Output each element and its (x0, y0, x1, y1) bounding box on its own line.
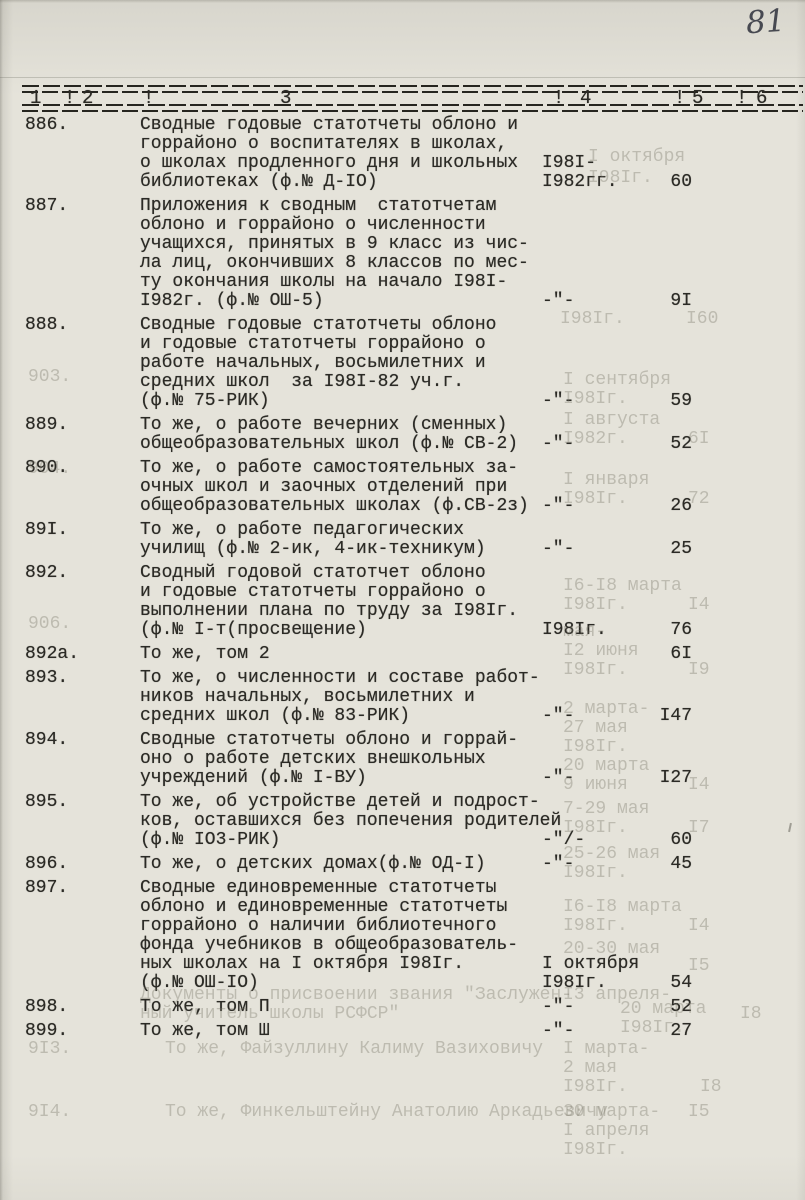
count-cell: 9I (656, 292, 692, 311)
entry-number: 890. (0, 459, 140, 516)
date-cell (538, 898, 656, 917)
entry-line: о школах продленного дня и школьныхI98I- (140, 154, 692, 173)
description-cell: То же, об устройстве детей и подрост- (140, 793, 538, 812)
count-cell (656, 669, 692, 688)
entry-line: очных школ и заочных отделений при (140, 478, 692, 497)
count-cell: I47 (656, 707, 692, 726)
entry-body: Сводные статотчеты облоно и горрай-оно о… (140, 731, 692, 788)
entry-line: Сводные статотчеты облоно и горрай- (140, 731, 692, 750)
entry-line: библиотеках (ф.№ Д-IO)I982гг.60 (140, 173, 692, 192)
bleedthrough-text: I5 (688, 1103, 710, 1122)
entry-body: То же, об устройстве детей и подрост-ков… (140, 793, 692, 850)
entry-line: оно о работе детских внешкольных (140, 750, 692, 769)
date-cell (538, 416, 656, 435)
table-row: 890.То же, о работе самостоятельных за-о… (0, 459, 805, 516)
count-cell (656, 879, 692, 898)
entry-number: 899. (0, 1022, 140, 1041)
entry-body: То же, том 26I (140, 645, 692, 664)
count-cell (656, 216, 692, 235)
description-cell: Приложения к сводным статотчетам (140, 197, 538, 216)
bleedthrough-text: 9I4. (28, 1103, 71, 1122)
entry-line: То же, о работе самостоятельных за- (140, 459, 692, 478)
date-cell: -"- (538, 769, 656, 788)
entry-line: учащихся, принятых в 9 класс из чис- (140, 235, 692, 254)
entry-number: 888. (0, 316, 140, 411)
bleedthrough-text: I98Iг. (563, 1078, 628, 1097)
entry-number: 895. (0, 793, 140, 850)
description-cell: работе начальных, восьмилетних и (140, 354, 538, 373)
count-cell: 76 (656, 621, 692, 640)
description-cell: Сводные единовременные статотчеты (140, 879, 538, 898)
table-header-top-double-line (22, 85, 803, 93)
entry-body: Сводные годовые статотчеты облоно игорра… (140, 116, 692, 192)
faint-horizontal-rule (0, 77, 805, 78)
entry-line: горрайоно о наличии библиотечного (140, 917, 692, 936)
description-cell: Сводный годовой статотчет облоно (140, 564, 538, 583)
table-row: 888.Сводные годовые статотчеты облонои г… (0, 316, 805, 411)
entry-line: Приложения к сводным статотчетам (140, 197, 692, 216)
entry-number: 894. (0, 731, 140, 788)
entry-line: ных школах на I октября I98Iг.I октября (140, 955, 692, 974)
entry-line: (ф.№ ОШ-IO)I98Iг.54 (140, 974, 692, 993)
entry-line: Сводные годовые статотчеты облоно и (140, 116, 692, 135)
table-row: 892.Сводный годовой статотчет облонои го… (0, 564, 805, 640)
table-row: 897.Сводные единовременные статотчетыобл… (0, 879, 805, 993)
date-cell: I октября (538, 955, 656, 974)
entry-line: ту окончания школы на начало I98I- (140, 273, 692, 292)
scanned-archive-inventory-page: 81 1!2!3!4!5!6 886.Сводные годовые стато… (0, 0, 805, 1200)
entry-line: То же, о работе вечерних (сменных) (140, 416, 692, 435)
bleedthrough-text: I8 (700, 1078, 722, 1097)
count-cell: 45 (656, 855, 692, 874)
entry-line: Сводный годовой статотчет облоно (140, 564, 692, 583)
bleedthrough-text: 30 марта- (563, 1103, 660, 1122)
count-cell (656, 688, 692, 707)
date-cell: -"- (538, 497, 656, 516)
entry-line: фонда учебников в общеобразователь- (140, 936, 692, 955)
count-cell (656, 898, 692, 917)
count-cell (656, 354, 692, 373)
date-cell: -"- (538, 292, 656, 311)
table-row: 89I.То же, о работе педагогическихучилищ… (0, 521, 805, 559)
entry-line: (ф.№ 75-РИК)-"-59 (140, 392, 692, 411)
date-cell (538, 354, 656, 373)
description-cell: То же, о численности и составе работ- (140, 669, 538, 688)
count-cell: 60 (656, 173, 692, 192)
entry-body: То же, о детских домах(ф.№ ОД-I)-"-45 (140, 855, 692, 874)
count-cell (656, 564, 692, 583)
date-cell: -"- (538, 435, 656, 454)
count-cell (656, 521, 692, 540)
count-cell: 52 (656, 435, 692, 454)
entry-line: ников начальных, восьмилетних и (140, 688, 692, 707)
count-cell (656, 235, 692, 254)
count-cell (656, 793, 692, 812)
date-cell (538, 254, 656, 273)
count-cell: 25 (656, 540, 692, 559)
entry-line: работе начальных, восьмилетних и (140, 354, 692, 373)
entry-number: 896. (0, 855, 140, 874)
description-cell: То же, том 2 (140, 645, 538, 664)
table-row: 899.То же, том Ш-"-27 (0, 1022, 805, 1041)
count-cell (656, 750, 692, 769)
entry-line: общеобразовательных школах (ф.СВ-2з)-"-2… (140, 497, 692, 516)
count-cell (656, 478, 692, 497)
count-cell (656, 731, 692, 750)
date-cell: -"- (538, 707, 656, 726)
entry-line: (ф.№ I-т(просвещение)I98Iг.76 (140, 621, 692, 640)
count-cell (656, 135, 692, 154)
description-cell: общеобразовательных школ (ф.№ СВ-2) (140, 435, 538, 454)
count-cell (656, 316, 692, 335)
description-cell: То же, том П (140, 998, 538, 1017)
table-header-bottom-double-line (22, 104, 803, 112)
description-cell: То же, о детских домах(ф.№ ОД-I) (140, 855, 538, 874)
description-cell: (ф.№ I-т(просвещение) (140, 621, 538, 640)
description-cell: и годовые статотчеты горрайоно о (140, 583, 538, 602)
date-cell (538, 235, 656, 254)
date-cell: -"/- (538, 831, 656, 850)
date-cell: -"- (538, 998, 656, 1017)
table-row: 893.То же, о численности и составе работ… (0, 669, 805, 726)
entry-number: 892а. (0, 645, 140, 664)
entry-line: То же, о численности и составе работ- (140, 669, 692, 688)
count-cell (656, 602, 692, 621)
entry-line: горрайоно о воспитателях в школах, (140, 135, 692, 154)
date-cell (538, 116, 656, 135)
description-cell: училищ (ф.№ 2-ик, 4-ик-техникум) (140, 540, 538, 559)
entry-line: средних школ за I98I-82 уч.г. (140, 373, 692, 392)
count-cell (656, 917, 692, 936)
date-cell (538, 478, 656, 497)
entry-line: и годовые статотчеты горрайоно о (140, 335, 692, 354)
table-row: 896.То же, о детских домах(ф.№ ОД-I)-"-4… (0, 855, 805, 874)
date-cell (538, 731, 656, 750)
date-cell: -"- (538, 855, 656, 874)
description-cell: горрайоно о воспитателях в школах, (140, 135, 538, 154)
entry-body: Сводные единовременные статотчетыоблоно … (140, 879, 692, 993)
table-row: 886.Сводные годовые статотчеты облоно иг… (0, 116, 805, 192)
description-cell: очных школ и заочных отделений при (140, 478, 538, 497)
bleedthrough-text: I апреля (563, 1122, 649, 1141)
description-cell: горрайоно о наличии библиотечного (140, 917, 538, 936)
count-cell: 6I (656, 645, 692, 664)
entry-number: 889. (0, 416, 140, 454)
entries: 886.Сводные годовые статотчеты облоно иг… (0, 116, 805, 1046)
description-cell: То же, о работе вечерних (сменных) (140, 416, 538, 435)
description-cell: (ф.№ 75-РИК) (140, 392, 538, 411)
description-cell: учащихся, принятых в 9 класс из чис- (140, 235, 538, 254)
description-cell: То же, том Ш (140, 1022, 538, 1041)
description-cell: и годовые статотчеты горрайоно о (140, 335, 538, 354)
date-cell (538, 583, 656, 602)
date-cell (538, 750, 656, 769)
description-cell: ту окончания школы на начало I98I- (140, 273, 538, 292)
description-cell: общеобразовательных школах (ф.СВ-2з) (140, 497, 538, 516)
entry-line: (ф.№ IO3-РИК)-"/-60 (140, 831, 692, 850)
table-row: 887.Приложения к сводным статотчетамобло… (0, 197, 805, 311)
entry-number: 892. (0, 564, 140, 640)
date-cell: I98Iг. (538, 974, 656, 993)
count-cell: 27 (656, 1022, 692, 1041)
date-cell (538, 669, 656, 688)
entry-body: То же, о работе самостоятельных за-очных… (140, 459, 692, 516)
entry-line: ков, оставшихся без попечения родителей (140, 812, 692, 831)
entry-number: 897. (0, 879, 140, 993)
count-cell: I27 (656, 769, 692, 788)
count-cell (656, 373, 692, 392)
count-cell (656, 154, 692, 173)
description-cell: Сводные годовые статотчеты облоно (140, 316, 538, 335)
bleedthrough-text: То же, Финкельштейну Анатолию Аркадьевич… (165, 1103, 608, 1122)
count-cell (656, 254, 692, 273)
date-cell: -"- (538, 540, 656, 559)
entry-line: Сводные единовременные статотчеты (140, 879, 692, 898)
date-cell (538, 917, 656, 936)
date-cell (538, 688, 656, 707)
entry-line: То же, том 26I (140, 645, 692, 664)
description-cell: средних школ за I98I-82 уч.г. (140, 373, 538, 392)
table-row: 895.То же, об устройстве детей и подрост… (0, 793, 805, 850)
date-cell: I982гг. (538, 173, 656, 192)
entry-line: То же, о работе педагогических (140, 521, 692, 540)
date-cell: -"- (538, 1022, 656, 1041)
description-cell: фонда учебников в общеобразователь- (140, 936, 538, 955)
date-cell (538, 812, 656, 831)
description-cell: облоно и единовременные статотчеты (140, 898, 538, 917)
date-cell (538, 459, 656, 478)
description-cell: Сводные статотчеты облоно и горрай- (140, 731, 538, 750)
count-cell: 59 (656, 392, 692, 411)
count-cell (656, 335, 692, 354)
count-cell (656, 459, 692, 478)
description-cell: выполнении плана по труду за I98Iг. (140, 602, 538, 621)
date-cell (538, 564, 656, 583)
date-cell (538, 197, 656, 216)
date-cell (538, 602, 656, 621)
count-cell: 60 (656, 831, 692, 850)
entry-line: То же, том П-"-52 (140, 998, 692, 1017)
description-cell: ных школах на I октября I98Iг. (140, 955, 538, 974)
entry-number: 893. (0, 669, 140, 726)
entry-line: Сводные годовые статотчеты облоно (140, 316, 692, 335)
description-cell: I982г. (ф.№ ОШ-5) (140, 292, 538, 311)
count-cell (656, 955, 692, 974)
description-cell: оно о работе детских внешкольных (140, 750, 538, 769)
entry-line: и годовые статотчеты горрайоно о (140, 583, 692, 602)
entry-body: То же, о численности и составе работ-ник… (140, 669, 692, 726)
date-cell (538, 216, 656, 235)
description-cell: То же, о работе самостоятельных за- (140, 459, 538, 478)
entry-body: Приложения к сводным статотчетамоблоно и… (140, 197, 692, 311)
entry-body: Сводные годовые статотчеты облонои годов… (140, 316, 692, 411)
table-row: 889.То же, о работе вечерних (сменных)об… (0, 416, 805, 454)
bleedthrough-text: 2 мая (563, 1059, 617, 1078)
count-cell (656, 116, 692, 135)
entry-line: выполнении плана по труду за I98Iг. (140, 602, 692, 621)
count-cell (656, 416, 692, 435)
entry-line: облоно и единовременные статотчеты (140, 898, 692, 917)
bleedthrough-text: I98Iг. (563, 1141, 628, 1160)
handwritten-page-number: 81 (745, 3, 787, 42)
entry-line: общеобразовательных школ (ф.№ СВ-2)-"-52 (140, 435, 692, 454)
description-cell: библиотеках (ф.№ Д-IO) (140, 173, 538, 192)
description-cell: ников начальных, восьмилетних и (140, 688, 538, 707)
table-row: 892а.То же, том 26I (0, 645, 805, 664)
date-cell (538, 645, 656, 664)
count-cell (656, 273, 692, 292)
entry-number: 898. (0, 998, 140, 1017)
description-cell: (ф.№ ОШ-IO) (140, 974, 538, 993)
date-cell (538, 793, 656, 812)
description-cell: ла лиц, окончивших 8 классов по мес- (140, 254, 538, 273)
description-cell: Сводные годовые статотчеты облоно и (140, 116, 538, 135)
entry-number: 89I. (0, 521, 140, 559)
entry-number: 886. (0, 116, 140, 192)
count-cell (656, 812, 692, 831)
entry-line: учреждений (ф.№ I-ВУ)-"-I27 (140, 769, 692, 788)
entry-line: училищ (ф.№ 2-ик, 4-ик-техникум)-"-25 (140, 540, 692, 559)
entry-body: То же, о работе педагогическихучилищ (ф.… (140, 521, 692, 559)
description-cell: средних школ (ф.№ 83-РИК) (140, 707, 538, 726)
description-cell: ков, оставшихся без попечения родителей (140, 812, 538, 831)
table-row: 894.Сводные статотчеты облоно и горрай-о… (0, 731, 805, 788)
date-cell (538, 335, 656, 354)
date-cell (538, 373, 656, 392)
count-cell: 26 (656, 497, 692, 516)
description-cell: о школах продленного дня и школьных (140, 154, 538, 173)
date-cell (538, 316, 656, 335)
description-cell: учреждений (ф.№ I-ВУ) (140, 769, 538, 788)
entry-line: ла лиц, окончивших 8 классов по мес- (140, 254, 692, 273)
entry-line: То же, об устройстве детей и подрост- (140, 793, 692, 812)
date-cell (538, 273, 656, 292)
entry-line: То же, о детских домах(ф.№ ОД-I)-"-45 (140, 855, 692, 874)
entry-body: Сводный годовой статотчет облонои годовы… (140, 564, 692, 640)
date-cell (538, 879, 656, 898)
count-cell: 52 (656, 998, 692, 1017)
description-cell: (ф.№ IO3-РИК) (140, 831, 538, 850)
entry-line: средних школ (ф.№ 83-РИК)-"-I47 (140, 707, 692, 726)
entry-line: облоно и горрайоно о численности (140, 216, 692, 235)
count-cell (656, 583, 692, 602)
entry-line: I982г. (ф.№ ОШ-5)-"-9I (140, 292, 692, 311)
date-cell: I98Iг. (538, 621, 656, 640)
entry-body: То же, том П-"-52 (140, 998, 692, 1017)
date-cell (538, 521, 656, 540)
table-row: 898.То же, том П-"-52 (0, 998, 805, 1017)
date-cell (538, 135, 656, 154)
description-cell: облоно и горрайоно о численности (140, 216, 538, 235)
count-cell: 54 (656, 974, 692, 993)
date-cell: I98I- (538, 154, 656, 173)
date-cell: -"- (538, 392, 656, 411)
count-cell (656, 197, 692, 216)
date-cell (538, 936, 656, 955)
entry-number: 887. (0, 197, 140, 311)
description-cell: То же, о работе педагогических (140, 521, 538, 540)
entry-body: То же, о работе вечерних (сменных)общеоб… (140, 416, 692, 454)
entry-body: То же, том Ш-"-27 (140, 1022, 692, 1041)
count-cell (656, 936, 692, 955)
entry-line: То же, том Ш-"-27 (140, 1022, 692, 1041)
